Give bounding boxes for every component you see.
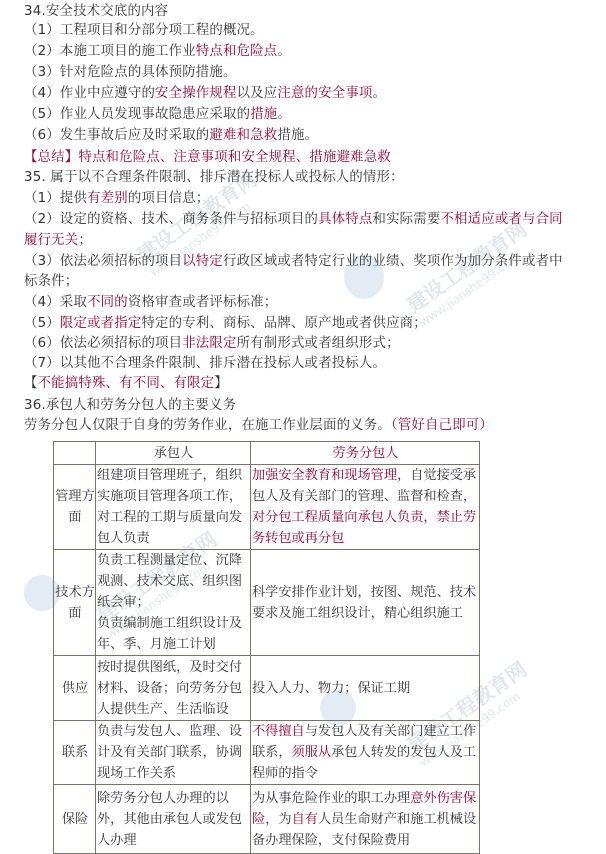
highlight-text: 避难和急救	[209, 128, 277, 143]
aspect-cell: 技术方面	[54, 550, 96, 656]
labor-cell: 加强安全教育和现场管理，自觉接受承包人及有关部门的管理、监督和检查，对分包工程质…	[251, 465, 480, 550]
list-item: （6）发生事故后应及时采取的避难和急救措施。	[24, 126, 318, 146]
list-item: 标条件；	[24, 272, 78, 292]
table-header-empty	[54, 442, 96, 465]
text: （1）提供	[24, 191, 87, 206]
item-number: （4）	[24, 86, 60, 101]
text: 本施工项目的施工作业	[60, 44, 196, 59]
item-number: （3）	[24, 65, 60, 80]
highlight-text: 注意的安全事项	[277, 86, 372, 101]
list-item: （2）设定的资格、技术、商务条件与招标项目的具体特点和实际需要不相适应或者与合同	[24, 210, 563, 230]
list-item: （5）限定或者指定特定的专利、商标、品牌、原产地或者供应商；	[24, 314, 427, 334]
highlight-text: 不同的	[87, 295, 128, 310]
text: 作业人员发现事故隐患应采取的	[60, 107, 250, 122]
section-35-title: 35. 属于以不合理条件限制、排斥潜在投标人或投标人的情形：	[24, 168, 404, 188]
text: 以及应	[237, 86, 278, 101]
list-item: （4）采取不同的资格审查或者评标标准；	[24, 293, 277, 313]
text: 。	[277, 107, 291, 122]
text: 作业中应遵守的	[60, 86, 155, 101]
item-number: （6）	[24, 128, 60, 143]
text: （4）采取	[24, 295, 87, 310]
contractor-cell: 负责与发包人、监理、设计及有关部门联系，协调现场工作关系	[96, 721, 251, 785]
table-row: 联系 负责与发包人、监理、设计及有关部门联系，协调现场工作关系 不得擅自与发包人…	[54, 721, 480, 785]
text: ，为	[265, 812, 291, 827]
highlight-text: 措施	[250, 107, 277, 122]
highlight-text: 非法限定	[182, 336, 236, 351]
contractor-cell: 组建项目管理班子，组织实施项目管理各项工作，对工程的工期与质量向发包人负责	[96, 465, 251, 550]
section-36-intro: 劳务分包人仅限于自身的劳务作业，在施工作业层面的义务。（管好自己即可）	[24, 416, 493, 436]
obligations-table: 承包人 劳务分包人 管理方面 组建项目管理班子，组织实施项目管理各项工作，对工程…	[53, 441, 480, 854]
highlight-text: 履行无关	[24, 233, 78, 248]
aspect-cell: 供应	[54, 656, 96, 721]
text: 针对危险点的具体预防措施。	[60, 65, 237, 80]
list-item: （3）依法必须招标的项目以特定行政区域或者特定行业的业绩、奖项作为加分条件或者中	[24, 252, 563, 272]
labor-cell: 为从事危险作业的职工办理意外伤害保险，为自有人员生命财产和施工机械设备办理保险，…	[251, 785, 480, 854]
section-35-summary: 【不能搞特殊、有不同、有限定】	[24, 374, 228, 394]
text: 和实际需要	[373, 212, 441, 227]
table-header-labor: 劳务分包人	[251, 442, 480, 465]
contractor-cell: 除劳务分包人办理的以外，其他由承包人或发包人办理	[96, 785, 251, 854]
text: 。	[277, 44, 291, 59]
table-header-row: 承包人 劳务分包人	[54, 442, 480, 465]
list-item: （7）以其他不合理条件限制、排斥潜在投标人或者投标人。	[24, 354, 386, 374]
text: 投入人力、物力；保证工期	[252, 681, 410, 696]
highlight-text: 自有	[292, 812, 318, 827]
table-header-contractor: 承包人	[96, 442, 251, 465]
list-item: （3）针对危险点的具体预防措施。	[24, 63, 237, 83]
item-number: （2）	[24, 44, 60, 59]
labor-cell: 投入人力、物力；保证工期	[251, 656, 480, 721]
highlight-text: 特点和危险点	[196, 44, 278, 59]
highlight-text: 对分包工程质量向承包人负责，禁止劳务转包或再分包	[252, 510, 476, 546]
text: （6）依法必须招标的项目	[24, 336, 182, 351]
highlight-text: 须服从	[292, 745, 332, 760]
aspect-cell: 联系	[54, 721, 96, 785]
item-number: （1）	[24, 23, 60, 38]
list-item: （2）本施工项目的施工作业特点和危险点。	[24, 42, 291, 62]
list-item: （4）作业中应遵守的安全操作规程以及应注意的安全事项。	[24, 84, 386, 104]
table-row: 管理方面 组建项目管理班子，组织实施项目管理各项工作，对工程的工期与质量向发包人…	[54, 465, 480, 550]
highlight-text: 有差别	[87, 191, 128, 206]
highlight-text: 加强安全教育和现场管理	[252, 468, 397, 483]
highlight-text: 限定或者指定	[60, 316, 142, 331]
text: 措施。	[277, 128, 318, 143]
list-item: 履行无关；	[24, 231, 92, 251]
text: 标条件；	[24, 274, 78, 289]
text: 的项目信息；	[128, 191, 210, 206]
list-item: （1）工程项目和分部分项工程的概况。	[24, 21, 264, 41]
text: （7）以其他不合理条件限制、排斥潜在投标人或者投标人。	[24, 356, 386, 371]
text: 工程项目和分部分项工程的概况。	[60, 23, 264, 38]
section-36-title: 36.承包人和劳务分包人的主要义务	[24, 396, 236, 416]
table-row: 供应 按时提供图纸，及时交付材料、设备；向劳务分包人提供生产、生活临设 投入人力…	[54, 656, 480, 721]
text: 资格审查或者评标标准；	[128, 295, 278, 310]
highlight-text: 不得擅自	[252, 724, 305, 739]
table-row: 保险 除劳务分包人办理的以外，其他由承包人或发包人办理 为从事危险作业的职工办理…	[54, 785, 480, 854]
table-row: 技术方面 负责工程测量定位、沉降观测、技术交底、组织图纸会审； 负责编制施工组织…	[54, 550, 480, 656]
text: 特定的专利、商标、品牌、原产地或者供应商；	[141, 316, 426, 331]
section-34-summary: 【总结】特点和危险点、注意事项和安全规程、措施避难急救	[24, 148, 391, 168]
text: 行政区域或者特定行业的业绩、奖项作为加分条件或者中	[223, 254, 563, 269]
text: 发生事故后应及时采取的	[60, 128, 210, 143]
highlight-text: 以特定	[182, 254, 223, 269]
text: 为从事危险作业的职工办理	[252, 791, 410, 806]
section-34-title: 34.安全技术交底的内容	[24, 2, 168, 22]
labor-cell: 不得擅自与发包人及有关部门建立工作联系，须服从承包人转发的发包人及工程师的指令	[251, 721, 480, 785]
text: 科学安排作业计划，按图、规范、技术要求及施工组织设计，精心组织施工	[252, 585, 476, 621]
aspect-cell: 管理方面	[54, 465, 96, 550]
list-item: （5）作业人员发现事故隐患应采取的措施。	[24, 105, 291, 125]
contractor-cell: 按时提供图纸，及时交付材料、设备；向劳务分包人提供生产、生活临设	[96, 656, 251, 721]
text: 。	[373, 86, 387, 101]
aspect-cell: 保险	[54, 785, 96, 854]
list-item: （1）提供有差别的项目信息；	[24, 189, 209, 209]
highlight-text: 具体特点	[318, 212, 372, 227]
text: （2）设定的资格、技术、商务条件与招标项目的	[24, 212, 318, 227]
contractor-cell: 负责工程测量定位、沉降观测、技术交底、组织图纸会审； 负责编制施工组织设计及年、…	[96, 550, 251, 656]
text: 所有制形式或者组织形式；	[237, 336, 400, 351]
labor-cell: 科学安排作业计划，按图、规范、技术要求及施工组织设计，精心组织施工	[251, 550, 480, 656]
text: （3）依法必须招标的项目	[24, 254, 182, 269]
highlight-text: 不相适应或者与合同	[440, 212, 562, 227]
list-item: （6）依法必须招标的项目非法限定所有制形式或者组织形式；	[24, 334, 400, 354]
item-number: （5）	[24, 107, 60, 122]
text: （5）	[24, 316, 60, 331]
highlight-text: 安全操作规程	[155, 86, 237, 101]
text: ；	[78, 233, 92, 248]
